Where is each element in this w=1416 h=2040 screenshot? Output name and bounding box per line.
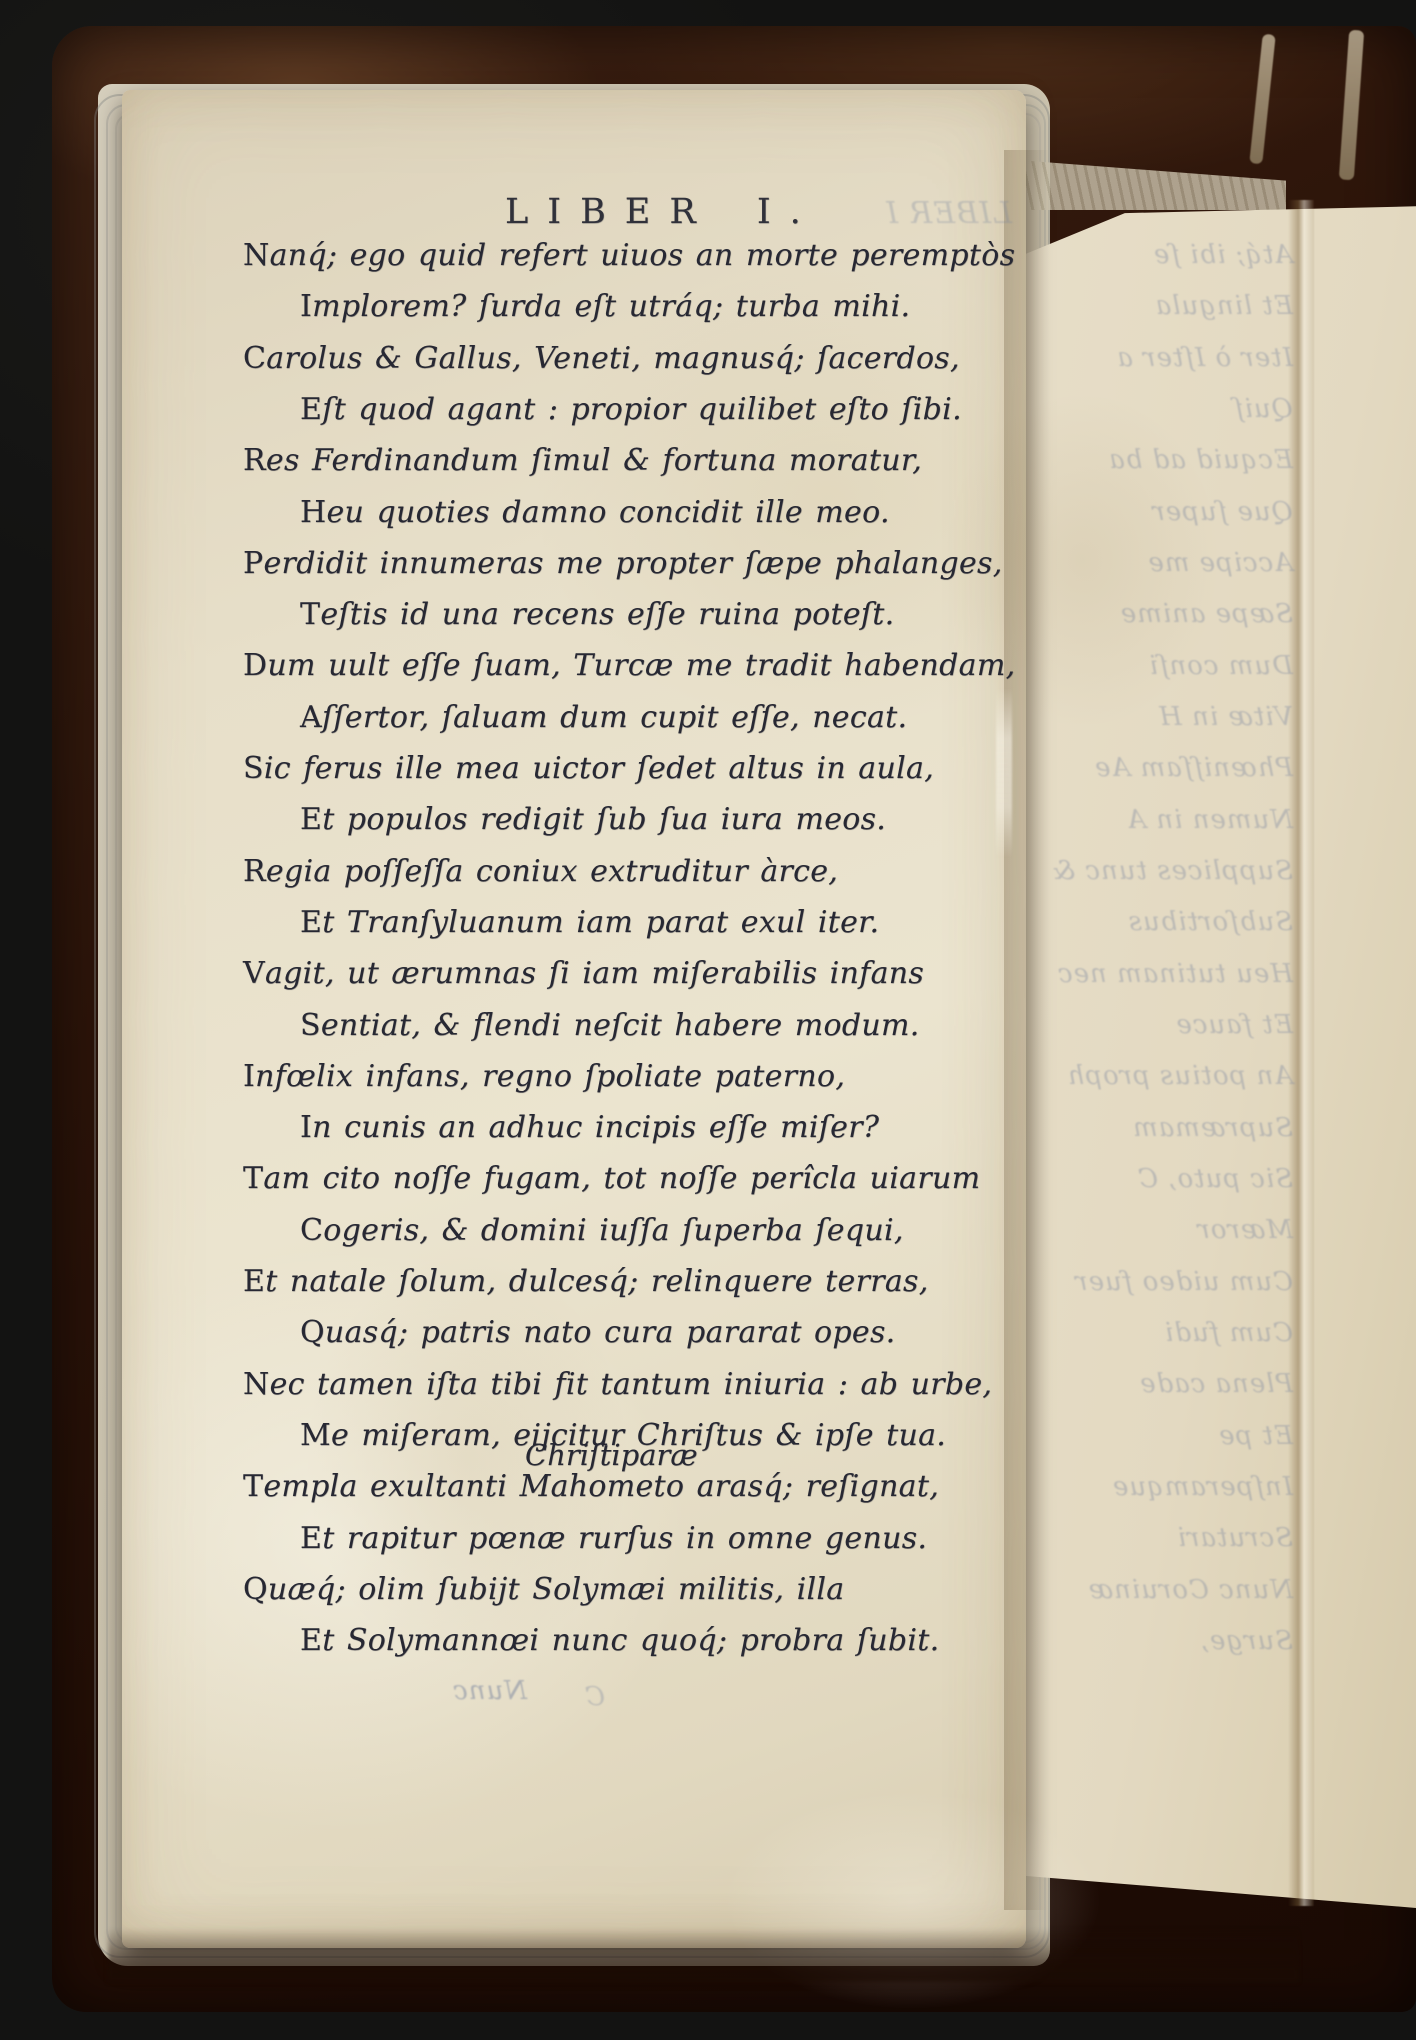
verse-line: Et Tranſyluanum iam parat exul iter. — [300, 905, 879, 940]
verse-line: Carolus & Gallus, Veneti, magnusq́; ſace… — [243, 341, 960, 376]
facing-leaf — [1000, 196, 1416, 1908]
page-title: LIBER I. — [505, 192, 820, 232]
verse-line: Aſſertor, ſaluam dum cupit eſſe, necat. — [300, 700, 907, 735]
verse-line: Quæq́; olim ſubijt Solymæi militis, illa — [243, 1572, 844, 1607]
verse-line: Regia poſſeſſa coniux extruditur àrce, — [243, 854, 838, 889]
verse-line: In cunis an adhuc incipis eſſe miſer? — [300, 1110, 879, 1145]
verse-line: Et natale ſolum, dulcesq́; relinquere te… — [243, 1264, 929, 1299]
catchword: Chriſtiparæ — [525, 1438, 698, 1472]
verse-line: Vagit, ut ærumnas ſi iam miſerabilis inf… — [243, 956, 924, 991]
verse-line: Teſtis id una recens eſſe ruina poteſt. — [300, 597, 894, 632]
verse-line: Tam cito noſſe fugam, tot noſſe perîcla … — [243, 1161, 980, 1196]
verse-line: Et Solymannœi nunc quoq́; probra ſubit. — [300, 1623, 939, 1658]
verse-line: Cogeris, & domini iuſſa ſuperba ſequi, — [300, 1213, 904, 1248]
verse-line: Quasq́; patris nato cura pararat opes. — [300, 1315, 896, 1350]
verse-line: Infœlix infans, regno ſpoliate paterno, — [243, 1059, 845, 1094]
verse-line: Sentiat, & flendi neſcit habere modum. — [300, 1008, 920, 1043]
verse-block: Nanq́; ego quid refert uiuos an morte pe… — [243, 238, 1043, 1798]
verse-line: Perdidit innumeras me propter ſæpe phala… — [243, 546, 1003, 581]
verse-line: Heu quoties damno concidit ille meo. — [300, 495, 890, 530]
book-photograph: LIBER IAtq́; ibi ſeEt lingulaIter ò Iſte… — [0, 0, 1416, 2040]
verse-line: Dum uult eſſe ſuam, Turcæ me tradit habe… — [243, 648, 1015, 683]
verse-line: Et populos redigit ſub ſua iura meos. — [300, 802, 886, 837]
verse-line: Implorem? ſurda eſt utráq; turba mihi. — [300, 289, 910, 324]
verse-line: Sic ferus ille mea uictor ſedet altus in… — [243, 751, 934, 786]
verse-line: Nanq́; ego quid refert uiuos an morte pe… — [243, 238, 1015, 273]
verse-line: Templa exultanti Mahometo arasq́; reſign… — [243, 1469, 939, 1504]
verse-line: Nec tamen iſta tibi fit tantum iniuria :… — [243, 1367, 992, 1402]
verse-line: Et rapitur pœnæ rurſus in omne genus. — [300, 1521, 927, 1556]
verse-line: Eſt quod agant : propior quilibet eſto ſ… — [300, 392, 962, 427]
verse-line: Res Ferdinandum ſimul & fortuna moratur, — [243, 443, 922, 478]
page-bottom-shadow — [108, 1928, 1298, 1982]
leaf-crease — [1288, 200, 1314, 1906]
